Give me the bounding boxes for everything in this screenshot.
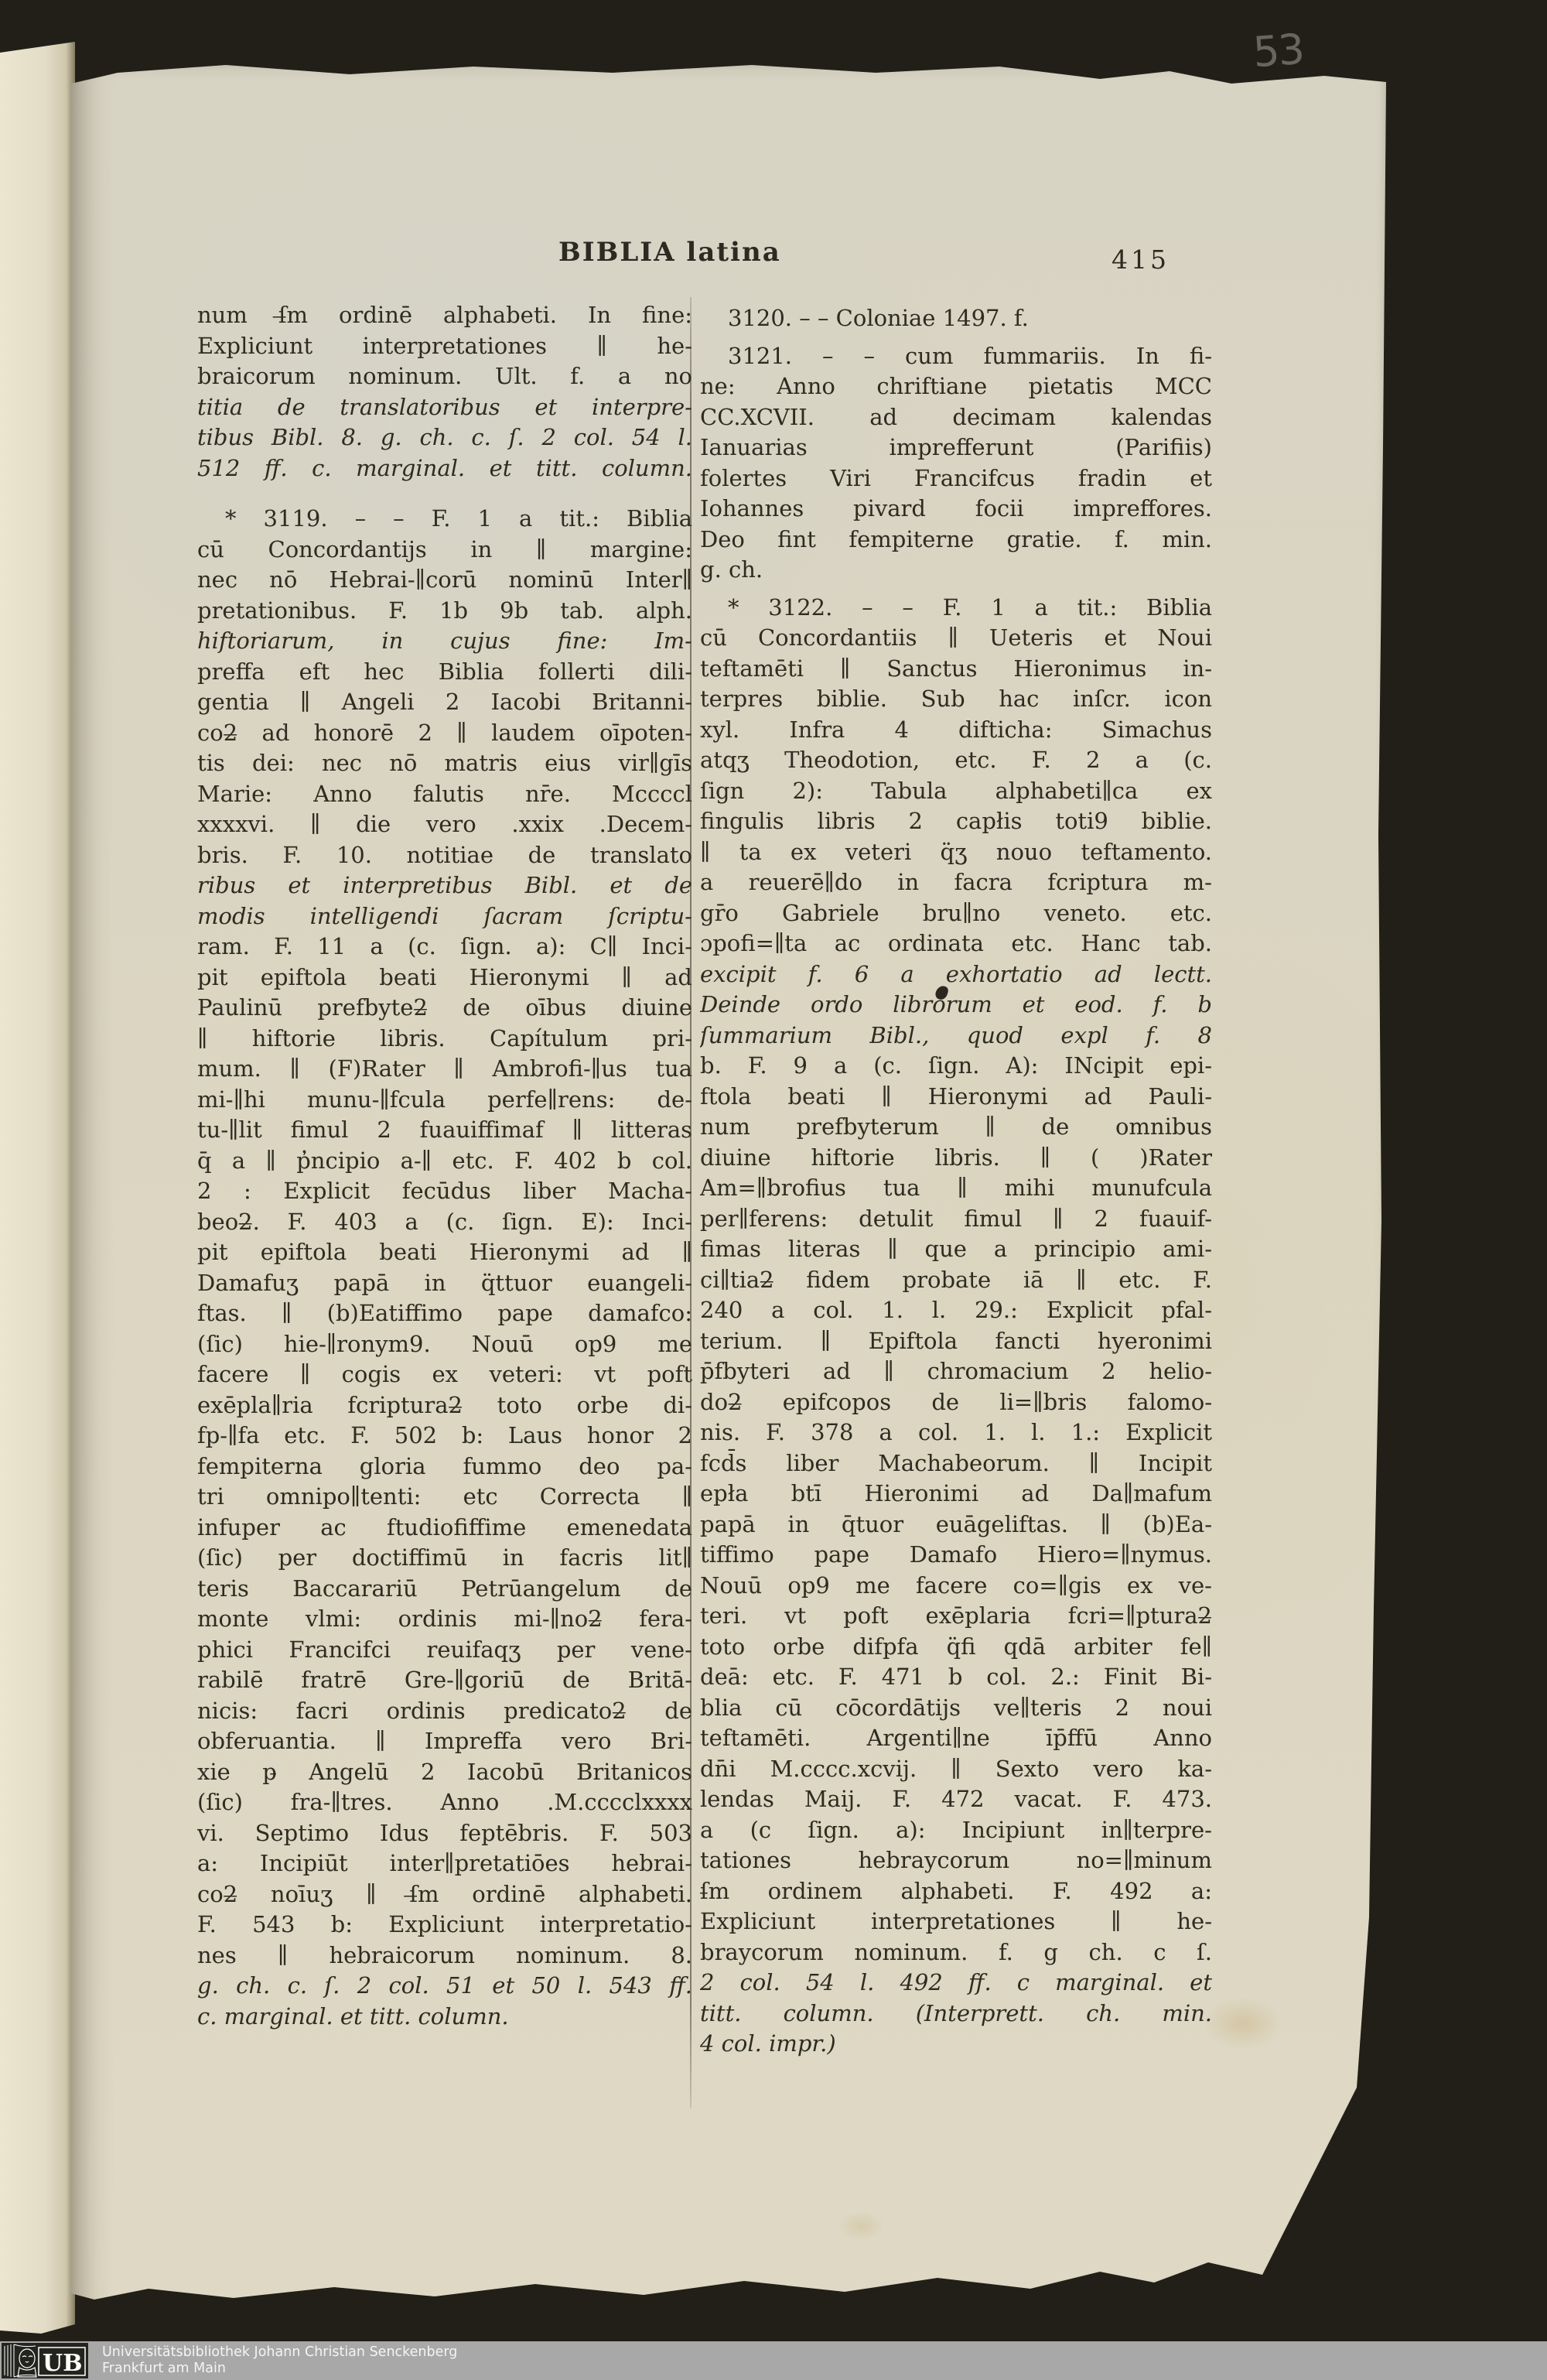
text-line: ribus et interpretibus Bibl. et de: [197, 870, 692, 901]
text-line: co2̶ ad honorē 2 ∥ laudem oīpoten-: [197, 718, 692, 749]
text-line: fimas literas ∥ que a principio ami-: [700, 1234, 1212, 1265]
text-line: xxxxvi. ∥ die vero .xxix .Decem-: [197, 809, 692, 840]
text-line: 3121. – – cum fummariis. In fi-: [700, 341, 1212, 372]
text-line: * 3122. – – F. 1 a tit.: Biblia: [700, 593, 1212, 624]
text-line: facere ∥ cogis ex veteri: vt poft: [197, 1359, 692, 1390]
text-line: 4 col. impr.): [700, 2029, 1212, 2060]
text-line: a: Incipiūt inter∥pretatiōes hebrai-: [197, 1848, 692, 1879]
text-line: a (c ſign. a): Incipiunt in∥terpre-: [700, 1815, 1212, 1846]
page-header-title: BIBLIA latina: [558, 237, 781, 268]
library-name: Universitätsbibliothek Johann Christian …: [102, 2344, 457, 2361]
text-line: terpres biblie. Sub hac inſcr. icon: [700, 684, 1212, 715]
text-line: tationes hebraycorum no=∥minum: [700, 1845, 1212, 1876]
text-line: tibus Bibl. 8. g. ch. c. ſ. 2 col. 54 l.: [197, 422, 692, 453]
text-line: papā in q̄tuor euāgeliftas. ∥ (b)Ea-: [700, 1510, 1212, 1541]
text-line: ∥ hiftorie libris. Capítulum pri-: [197, 1024, 692, 1055]
text-line: (ſic) per doctiffimū in facris lit∥: [197, 1543, 692, 1574]
text-line: tri omnipo∥tenti: etc Correcta ∥: [197, 1482, 692, 1513]
text-line: ne: Anno chriftiane pietatis MCC: [700, 371, 1212, 402]
text-line: braicorum nominum. Ult. f. a no: [197, 361, 692, 392]
page-number: 415: [1112, 244, 1170, 275]
text-line: mum. ∥ (F)Rater ∥ Ambrofi-∥us tua: [197, 1054, 692, 1085]
text-line: pit epiftola beati Hieronymi ∥ ad: [197, 963, 692, 993]
text-line: a reuerē∥do in facra fcriptura m-: [700, 867, 1212, 898]
text-line: mi-∥hi munu-∥fcula perfe∥rens: de-: [197, 1085, 692, 1116]
text-line: excipit f. 6 a exhortatio ad lectt.: [700, 959, 1212, 990]
text-line: b. F. 9 a (c. ſign. A): INcipit epi-: [700, 1051, 1212, 1082]
text-line: titia de translatoribus et interpre-: [197, 392, 692, 423]
text-line: diuine hiftorie libris. ∥ ( )Rater: [700, 1143, 1212, 1174]
text-line: per∥ferens: detulit fimul ∥ 2 fuauif-: [700, 1204, 1212, 1235]
text-line: fcd̄s liber Machabeorum. ∥ Incipit: [700, 1448, 1212, 1479]
text-line: teri. vt poft exēplaria fcri=∥ptura2̶: [700, 1601, 1212, 1632]
handwritten-folio-number: 53: [1252, 25, 1305, 77]
text-line: atqʒ Theodotion, etc. F. 2 a (c.: [700, 745, 1212, 776]
text-column-left: num ſ̶m ordinē alphabeti. In fine:Explic…: [197, 300, 692, 2052]
text-line: (ſic) hie-∥ronym9. Nouū op9 me: [197, 1329, 692, 1360]
text-line: ɔpofi=∥ta ac ordinata etc. Hanc tab.: [700, 928, 1212, 959]
text-line: Marie: Anno falutis nr̄e. Mccccl: [197, 779, 692, 810]
text-line: gentia ∥ Angeli 2 Iacobi Britanni-: [197, 687, 692, 718]
text-line: Deinde ordo librorum et eod. f. b: [700, 990, 1212, 1021]
text-line: beo2̶. F. 403 a (c. ſign. E): Inci-: [197, 1207, 692, 1238]
text-line: ſummarium Bibl., quod expl f. 8: [700, 1021, 1212, 1052]
text-line: 3120. – – Coloniae 1497. f.: [700, 303, 1212, 334]
text-line: modis intelligendi ſacram ſcriptu-: [197, 901, 692, 932]
library-logo: UB: [2, 2343, 88, 2378]
text-line: pretationibus. F. 1b 9b tab. alph.: [197, 596, 692, 627]
text-line: lendas Maij. F. 472 vacat. F. 473.: [700, 1784, 1212, 1815]
library-banner: UB Universitätsbibliothek Johann Christi…: [0, 2341, 1547, 2380]
text-line: Paulinū prefbyte2̶ de oībus diuine: [197, 993, 692, 1024]
text-line: ram. F. 11 a (c. ſign. a): C∥ Inci-: [197, 932, 692, 963]
text-line: Deo fint fempiterne gratie. f. min.: [700, 525, 1212, 556]
text-line: * 3119. – – F. 1 a tit.: Biblia: [197, 504, 692, 535]
text-line: tiffimo pape Damafo Hiero=∥nymus.: [700, 1540, 1212, 1571]
text-line: g. ch. c. ſ. 2 col. 51 et 50 l. 543 ff.: [197, 1971, 692, 2002]
book-page: BIBLIA latina 415 num ſ̶m ordinē alphabe…: [71, 60, 1388, 2317]
text-line: braycorum nominum. f. g ch. c ſ.: [700, 1937, 1212, 1968]
paragraph: 3121. – – cum fummariis. In fi-ne: Anno …: [700, 341, 1212, 586]
text-line: ſ̶m ordinem alphabeti. F. 492 a:: [700, 1876, 1212, 1907]
library-city: Frankfurt am Main: [102, 2361, 457, 2377]
text-line: 2 : Explicit fecūdus liber Macha-: [197, 1176, 692, 1207]
text-line: Ianuarias imprefferunt (Parifiis): [700, 433, 1212, 463]
text-line: rabilē fratrē Gre-∥goriū de Britā-: [197, 1665, 692, 1696]
text-line: Nouū op9 me facere co=∥gis ex ve-: [700, 1571, 1212, 1602]
text-line: num ſ̶m ordinē alphabeti. In fine:: [197, 300, 692, 331]
text-line: fingulis libris 2 capłis toti9 biblie.: [700, 806, 1212, 837]
text-line: num prefbyterum ∥ de omnibus: [700, 1112, 1212, 1143]
text-line: nicis: facri ordinis predicato2̶ de: [197, 1696, 692, 1727]
text-line: 240 a col. 1. l. 29.: Explicit pfal-: [700, 1295, 1212, 1326]
text-line: preffa eft hec Biblia follerti dili-: [197, 657, 692, 688]
text-line: co2̶ noīuʒ ∥ ſ̶m ordinē alphabeti.: [197, 1879, 692, 1910]
text-line: Expliciunt interpretationes ∥ he-: [700, 1906, 1212, 1937]
text-line: ſign 2): Tabula alphabeti∥ca ex: [700, 776, 1212, 807]
text-line: ftas. ∥ (b)Eatiffimo pape damafco:: [197, 1298, 692, 1329]
text-line: xie p̵ Angelū 2 Iacobū Britanicos: [197, 1757, 692, 1788]
text-line: Expliciunt interpretationes ∥ he-: [197, 331, 692, 362]
text-line: hiftoriarum, in cujus fine: Im-: [197, 626, 692, 657]
text-line: ci∥tia2̶ fidem probate iā ∥ etc. F.: [700, 1265, 1212, 1296]
text-line: nes ∥ hebraicorum nominum. 8.: [197, 1941, 692, 1971]
text-line: dn̄i M.cccc.xcvij. ∥ Sexto vero ka-: [700, 1754, 1212, 1785]
text-line: tis dei: nec nō matris eius vir∥gīs: [197, 748, 692, 779]
text-line: ftola beati ∥ Hieronymi ad Pauli-: [700, 1082, 1212, 1113]
text-line: cū Concordantiis ∥ Ueteris et Noui: [700, 623, 1212, 654]
text-line: Iohannes pivard focii impreffores.: [700, 494, 1212, 525]
text-line: gr̄o Gabriele bru∥no veneto. etc.: [700, 898, 1212, 929]
text-line: nis. F. 378 a col. 1. l. 1.: Explicit: [700, 1417, 1212, 1448]
text-line: fempiterna gloria fummo deo pa-: [197, 1452, 692, 1482]
previous-page-edge: [0, 42, 75, 2334]
text-line: q̄ a ∥ p̓ncipio a-∥ etc. F. 402 b col.: [197, 1146, 692, 1177]
text-line: Am=∥brofius tua ∥ mihi munufcula: [700, 1173, 1212, 1204]
text-line: CC.XCVII. ad decimam kalendas: [700, 402, 1212, 433]
column-divider-rule: [690, 297, 692, 2108]
text-line: (ſic) fra-∥tres. Anno .M.cccclxxxx: [197, 1787, 692, 1818]
library-name-block: Universitätsbibliothek Johann Christian …: [102, 2344, 457, 2377]
paragraph: * 3122. – – F. 1 a tit.: Bibliacū Concor…: [700, 593, 1212, 2060]
text-line: epła btī Hieronimi ad Da∥mafum: [700, 1479, 1212, 1510]
text-line: F. 543 b: Expliciunt interpretatio-: [197, 1910, 692, 1941]
text-line: g. ch.: [700, 555, 1212, 586]
ub-logo-text: UB: [43, 2350, 83, 2377]
text-line: fp-∥fa etc. F. 502 b: Laus honor 2: [197, 1421, 692, 1452]
paragraph: num ſ̶m ordinē alphabeti. In fine:Explic…: [197, 300, 692, 484]
text-line: vi. Septimo Idus feptēbris. F. 503: [197, 1818, 692, 1849]
text-line: nec nō Hebrai-∥corū nominū Inter∥: [197, 565, 692, 596]
text-line: xyl. Infra 4 difticha: Simachus: [700, 715, 1212, 746]
text-line: c. marginal. et titt. column.: [197, 2002, 692, 2033]
text-line: pit epiftola beati Hieronymi ad ∥: [197, 1237, 692, 1268]
scanned-page-view: { "header": { "title": "BIBLIA latina", …: [0, 0, 1547, 2380]
text-line: teris Baccarariū Petrūangelum de: [197, 1574, 692, 1605]
text-line: 2 col. 54 l. 492 ff. c marginal. et: [700, 1968, 1212, 1999]
text-line: terium. ∥ Epiftola fancti hyeronimi: [700, 1326, 1212, 1357]
text-line: teftamēti. Argenti∥ne īp̄ffū Anno: [700, 1723, 1212, 1754]
text-line: folertes Viri Francifcus fradin et: [700, 463, 1212, 494]
text-line: obferuantia. ∥ Impreffa vero Bri-: [197, 1726, 692, 1757]
text-line: bris. F. 10. notitiae de translato: [197, 840, 692, 871]
text-line: phici Francifci reuifaqʒ per vene-: [197, 1635, 692, 1666]
text-line: teftamēti ∥ Sanctus Hieronimus in-: [700, 654, 1212, 685]
text-line: deā: etc. F. 471 b col. 2.: Finit Bi-: [700, 1662, 1212, 1693]
text-line: infuper ac ftudiofiffime emenedata: [197, 1513, 692, 1544]
text-column-right: 3120. – – Coloniae 1497. f.3121. – – cum…: [700, 303, 1212, 2067]
text-line: toto orbe difpfa q̈fi qdā arbiter fe∥: [700, 1632, 1212, 1663]
text-line: titt. column. (Interprett. ch. min.: [700, 1999, 1212, 2029]
paragraph: * 3119. – – F. 1 a tit.: Bibliacū Concor…: [197, 504, 692, 2032]
text-line: monte vlmi: ordinis mi-∥no2̶ fera-: [197, 1604, 692, 1635]
text-line: p̄fbyteri ad ∥ chromacium 2 helio-: [700, 1356, 1212, 1387]
text-line: cū Concordantijs in ∥ margine:: [197, 535, 692, 566]
paragraph: 3120. – – Coloniae 1497. f.: [700, 303, 1212, 334]
text-line: 512 ff. c. marginal. et titt. column.: [197, 453, 692, 484]
text-line: do2̶ epifcopos de li=∥bris falomo-: [700, 1387, 1212, 1418]
text-line: ∥ ta ex veteri q̈ʒ nouo teftamento.: [700, 837, 1212, 868]
text-line: tu-∥lit fimul 2 fuauiffimaf ∥ litteras: [197, 1115, 692, 1146]
text-line: exēpla∥ria fcriptura2̶ toto orbe di-: [197, 1390, 692, 1421]
text-line: Damafuʒ papā in q̈ttuor euangeli-: [197, 1268, 692, 1299]
text-line: blia cū cōcordātijs ve∥teris 2 noui: [700, 1693, 1212, 1724]
